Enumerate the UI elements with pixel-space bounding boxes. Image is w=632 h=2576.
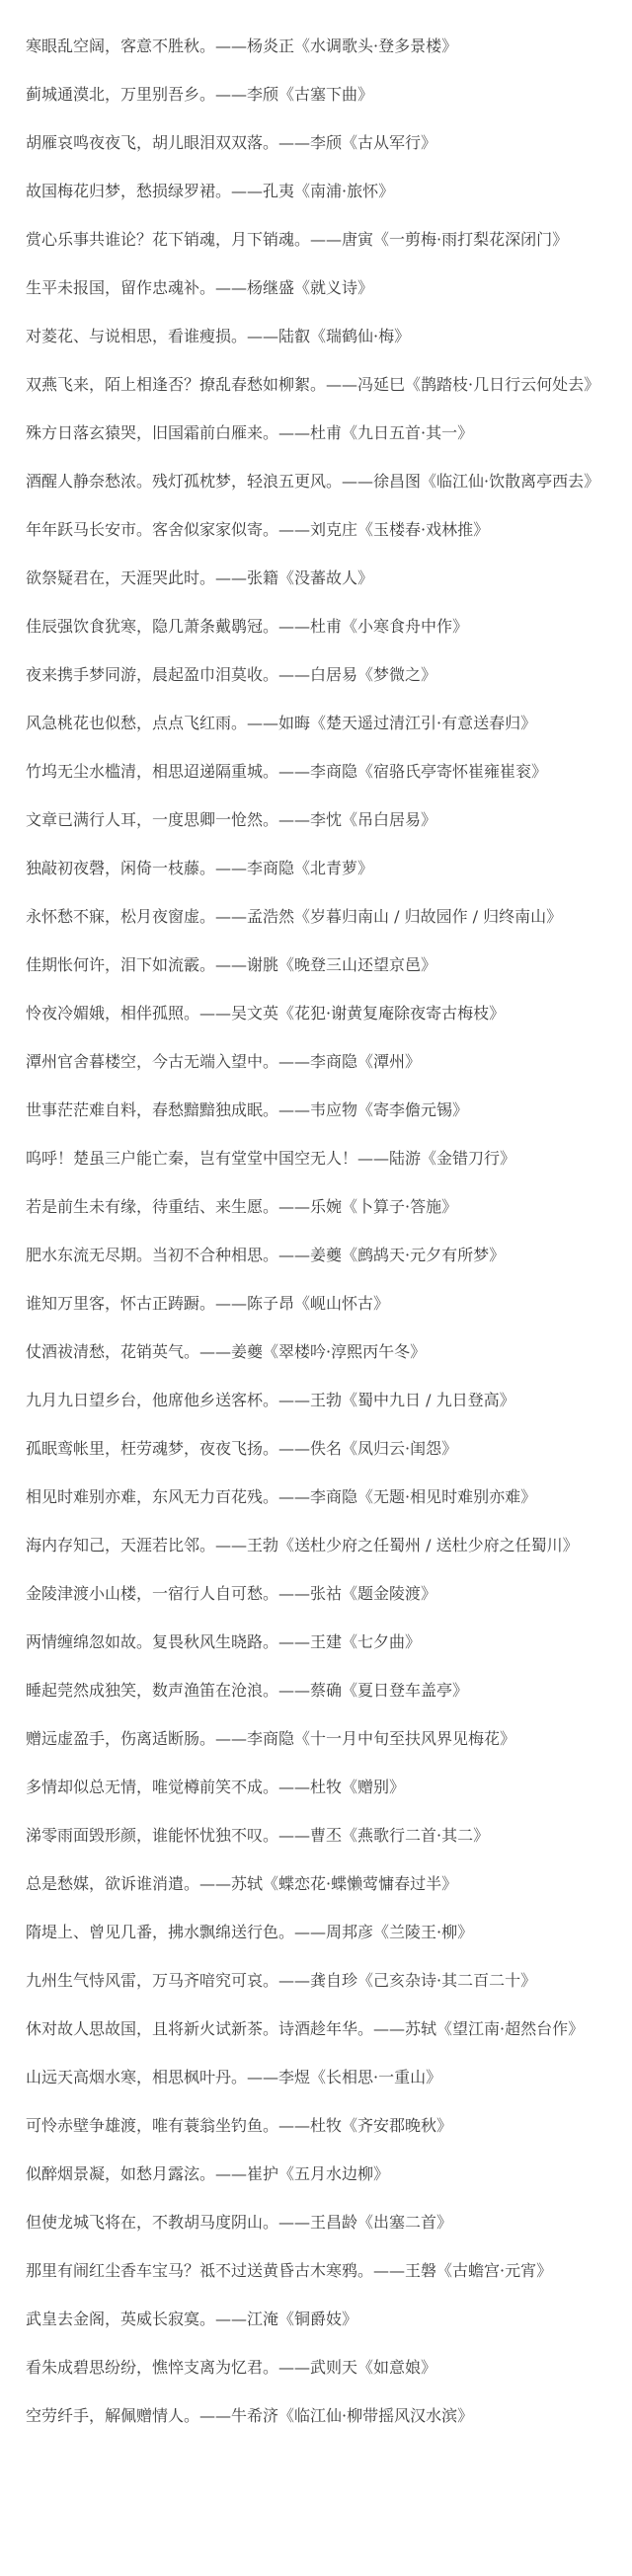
quote-line: 蓟城通漠北，万里别吾乡。——李颀《古塞下曲》 — [26, 81, 607, 109]
quote-line: 空劳纤手，解佩赠情人。——牛希济《临江仙·柳带摇风汉水滨》 — [26, 2402, 607, 2430]
quote-line: 涕零雨面毁形颜，谁能怀忧独不叹。——曹丕《燕歌行二首·其二》 — [26, 1822, 607, 1850]
quote-line: 总是愁媒，欲诉谁消遣。——苏轼《蝶恋花·蝶懒莺慵春过半》 — [26, 1870, 607, 1898]
quote-line: 文章已满行人耳，一度思卿一怆然。——李忱《吊白居易》 — [26, 806, 607, 834]
quote-line: 九月九日望乡台，他席他乡送客杯。——王勃《蜀中九日 / 九日登高》 — [26, 1387, 607, 1414]
quote-line: 独敲初夜磬，闲倚一枝藤。——李商隐《北青萝》 — [26, 855, 607, 882]
quote-line: 山远天高烟水寒，相思枫叶丹。——李煜《长相思·一重山》 — [26, 2064, 607, 2091]
quote-line: 两情缠绵忽如故。复畏秋风生晓路。——王建《七夕曲》 — [26, 1629, 607, 1656]
quote-line: 但使龙城飞将在，不教胡马度阴山。——王昌龄《出塞二首》 — [26, 2209, 607, 2236]
quote-line: 怜夜冷媚娥，相伴孤照。——吴文英《花犯·谢黄复庵除夜寄古梅枝》 — [26, 1000, 607, 1027]
quote-line: 谁知万里客，怀古正踌蹰。——陈子昂《岘山怀古》 — [26, 1290, 607, 1318]
quote-line: 看朱成碧思纷纷，憔悴支离为忆君。——武则天《如意娘》 — [26, 2354, 607, 2382]
quote-line: 隋堤上、曾见几番，拂水飘绵送行色。——周邦彦《兰陵王·柳》 — [26, 1919, 607, 1946]
quote-line: 永怀愁不寐，松月夜窗虚。——孟浩然《岁暮归南山 / 归故园作 / 归终南山》 — [26, 903, 607, 931]
quote-line: 呜呼！楚虽三户能亡秦，岂有堂堂中国空无人！——陆游《金错刀行》 — [26, 1145, 607, 1173]
quote-line: 多情却似总无情，唯觉樽前笑不成。——杜牧《赠别》 — [26, 1774, 607, 1801]
quote-line: 双燕飞来，陌上相逢否？撩乱春愁如柳絮。——冯延巳《鹊踏枝·几日行云何处去》 — [26, 371, 607, 399]
quote-line: 九州生气恃风雷，万马齐喑究可哀。——龚自珍《己亥杂诗·其二百二十》 — [26, 1967, 607, 1995]
quote-line: 欲祭疑君在，天涯哭此时。——张籍《没蕃故人》 — [26, 565, 607, 592]
quote-line: 殊方日落玄猿哭，旧国霜前白雁来。——杜甫《九日五首·其一》 — [26, 419, 607, 447]
quote-line: 年年跃马长安市。客舍似家家似寄。——刘克庄《玉楼春·戏林推》 — [26, 516, 607, 544]
quote-line: 对菱花、与说相思，看谁瘦损。——陆叡《瑞鹤仙·梅》 — [26, 323, 607, 350]
quote-line: 肥水东流无尽期。当初不合种相思。——姜夔《鹧鸪天·元夕有所梦》 — [26, 1242, 607, 1269]
quote-line: 竹坞无尘水槛清，相思迢递隔重城。——李商隐《宿骆氏亭寄怀崔雍崔衮》 — [26, 758, 607, 786]
quote-line: 世事茫茫难自料，春愁黯黯独成眠。——韦应物《寄李儋元锡》 — [26, 1097, 607, 1124]
quote-line: 似醉烟景凝，如愁月露泫。——崔护《五月水边柳》 — [26, 2160, 607, 2188]
quote-line: 赠远虚盈手，伤离适断肠。——李商隐《十一月中旬至扶风界见梅花》 — [26, 1725, 607, 1753]
quote-line: 相见时难别亦难，东风无力百花残。——李商隐《无题·相见时难别亦难》 — [26, 1483, 607, 1511]
quote-line: 潭州官舍暮楼空，今古无端入望中。——李商隐《潭州》 — [26, 1048, 607, 1076]
quote-line: 佳辰强饮食犹寒，隐几萧条戴鹖冠。——杜甫《小寒食舟中作》 — [26, 613, 607, 641]
quote-line: 故国梅花归梦，愁损绿罗裙。——孔夷《南浦·旅怀》 — [26, 178, 607, 205]
quote-line: 夜来携手梦同游，晨起盈巾泪莫收。——白居易《梦微之》 — [26, 661, 607, 689]
quote-line: 孤眠鸾帐里，枉劳魂梦，夜夜飞扬。——佚名《凤归云·闺怨》 — [26, 1435, 607, 1463]
quote-line: 金陵津渡小山楼，一宿行人自可愁。——张祜《题金陵渡》 — [26, 1580, 607, 1608]
quote-line: 若是前生未有缘，待重结、来生愿。——乐婉《卜算子·答施》 — [26, 1193, 607, 1221]
quote-line: 海内存知己，天涯若比邻。——王勃《送杜少府之任蜀州 / 送杜少府之任蜀川》 — [26, 1532, 607, 1559]
quote-line: 仗酒祓清愁，花销英气。——姜夔《翠楼吟·淳熙丙午冬》 — [26, 1338, 607, 1366]
quote-line: 风急桃花也似愁，点点飞红雨。——如晦《楚天遥过清江引·有意送春归》 — [26, 710, 607, 737]
quote-list: 寒眼乱空阔，客意不胜秋。——杨炎正《水调歌头·登多景楼》蓟城通漠北，万里别吾乡。… — [0, 0, 632, 2490]
quote-line: 佳期怅何许，泪下如流霰。——谢朓《晚登三山还望京邑》 — [26, 951, 607, 979]
quote-line: 睡起莞然成独笑，数声渔笛在沧浪。——蔡确《夏日登车盖亭》 — [26, 1677, 607, 1705]
quote-line: 胡雁哀鸣夜夜飞，胡儿眼泪双双落。——李颀《古从军行》 — [26, 129, 607, 157]
quote-line: 武皇去金阁，英威长寂寞。——江淹《铜爵妓》 — [26, 2306, 607, 2333]
quote-line: 生平未报国，留作忠魂补。——杨继盛《就义诗》 — [26, 274, 607, 302]
quote-line: 寒眼乱空阔，客意不胜秋。——杨炎正《水调歌头·登多景楼》 — [26, 33, 607, 60]
quote-line: 酒醒人静奈愁浓。残灯孤枕梦，轻浪五更风。——徐昌图《临江仙·饮散离亭西去》 — [26, 468, 607, 495]
quote-line: 休对故人思故国，且将新火试新茶。诗酒趁年华。——苏轼《望江南·超然台作》 — [26, 2015, 607, 2043]
quote-line: 可怜赤壁争雄渡，唯有蓑翁坐钓鱼。——杜牧《齐安郡晚秋》 — [26, 2112, 607, 2140]
quote-line: 那里有闹红尘香车宝马？祗不过送黄昏古木寒鸦。——王磐《古蟾宫·元宵》 — [26, 2257, 607, 2285]
quote-line: 赏心乐事共谁论？花下销魂，月下销魂。——唐寅《一剪梅·雨打梨花深闭门》 — [26, 226, 607, 254]
